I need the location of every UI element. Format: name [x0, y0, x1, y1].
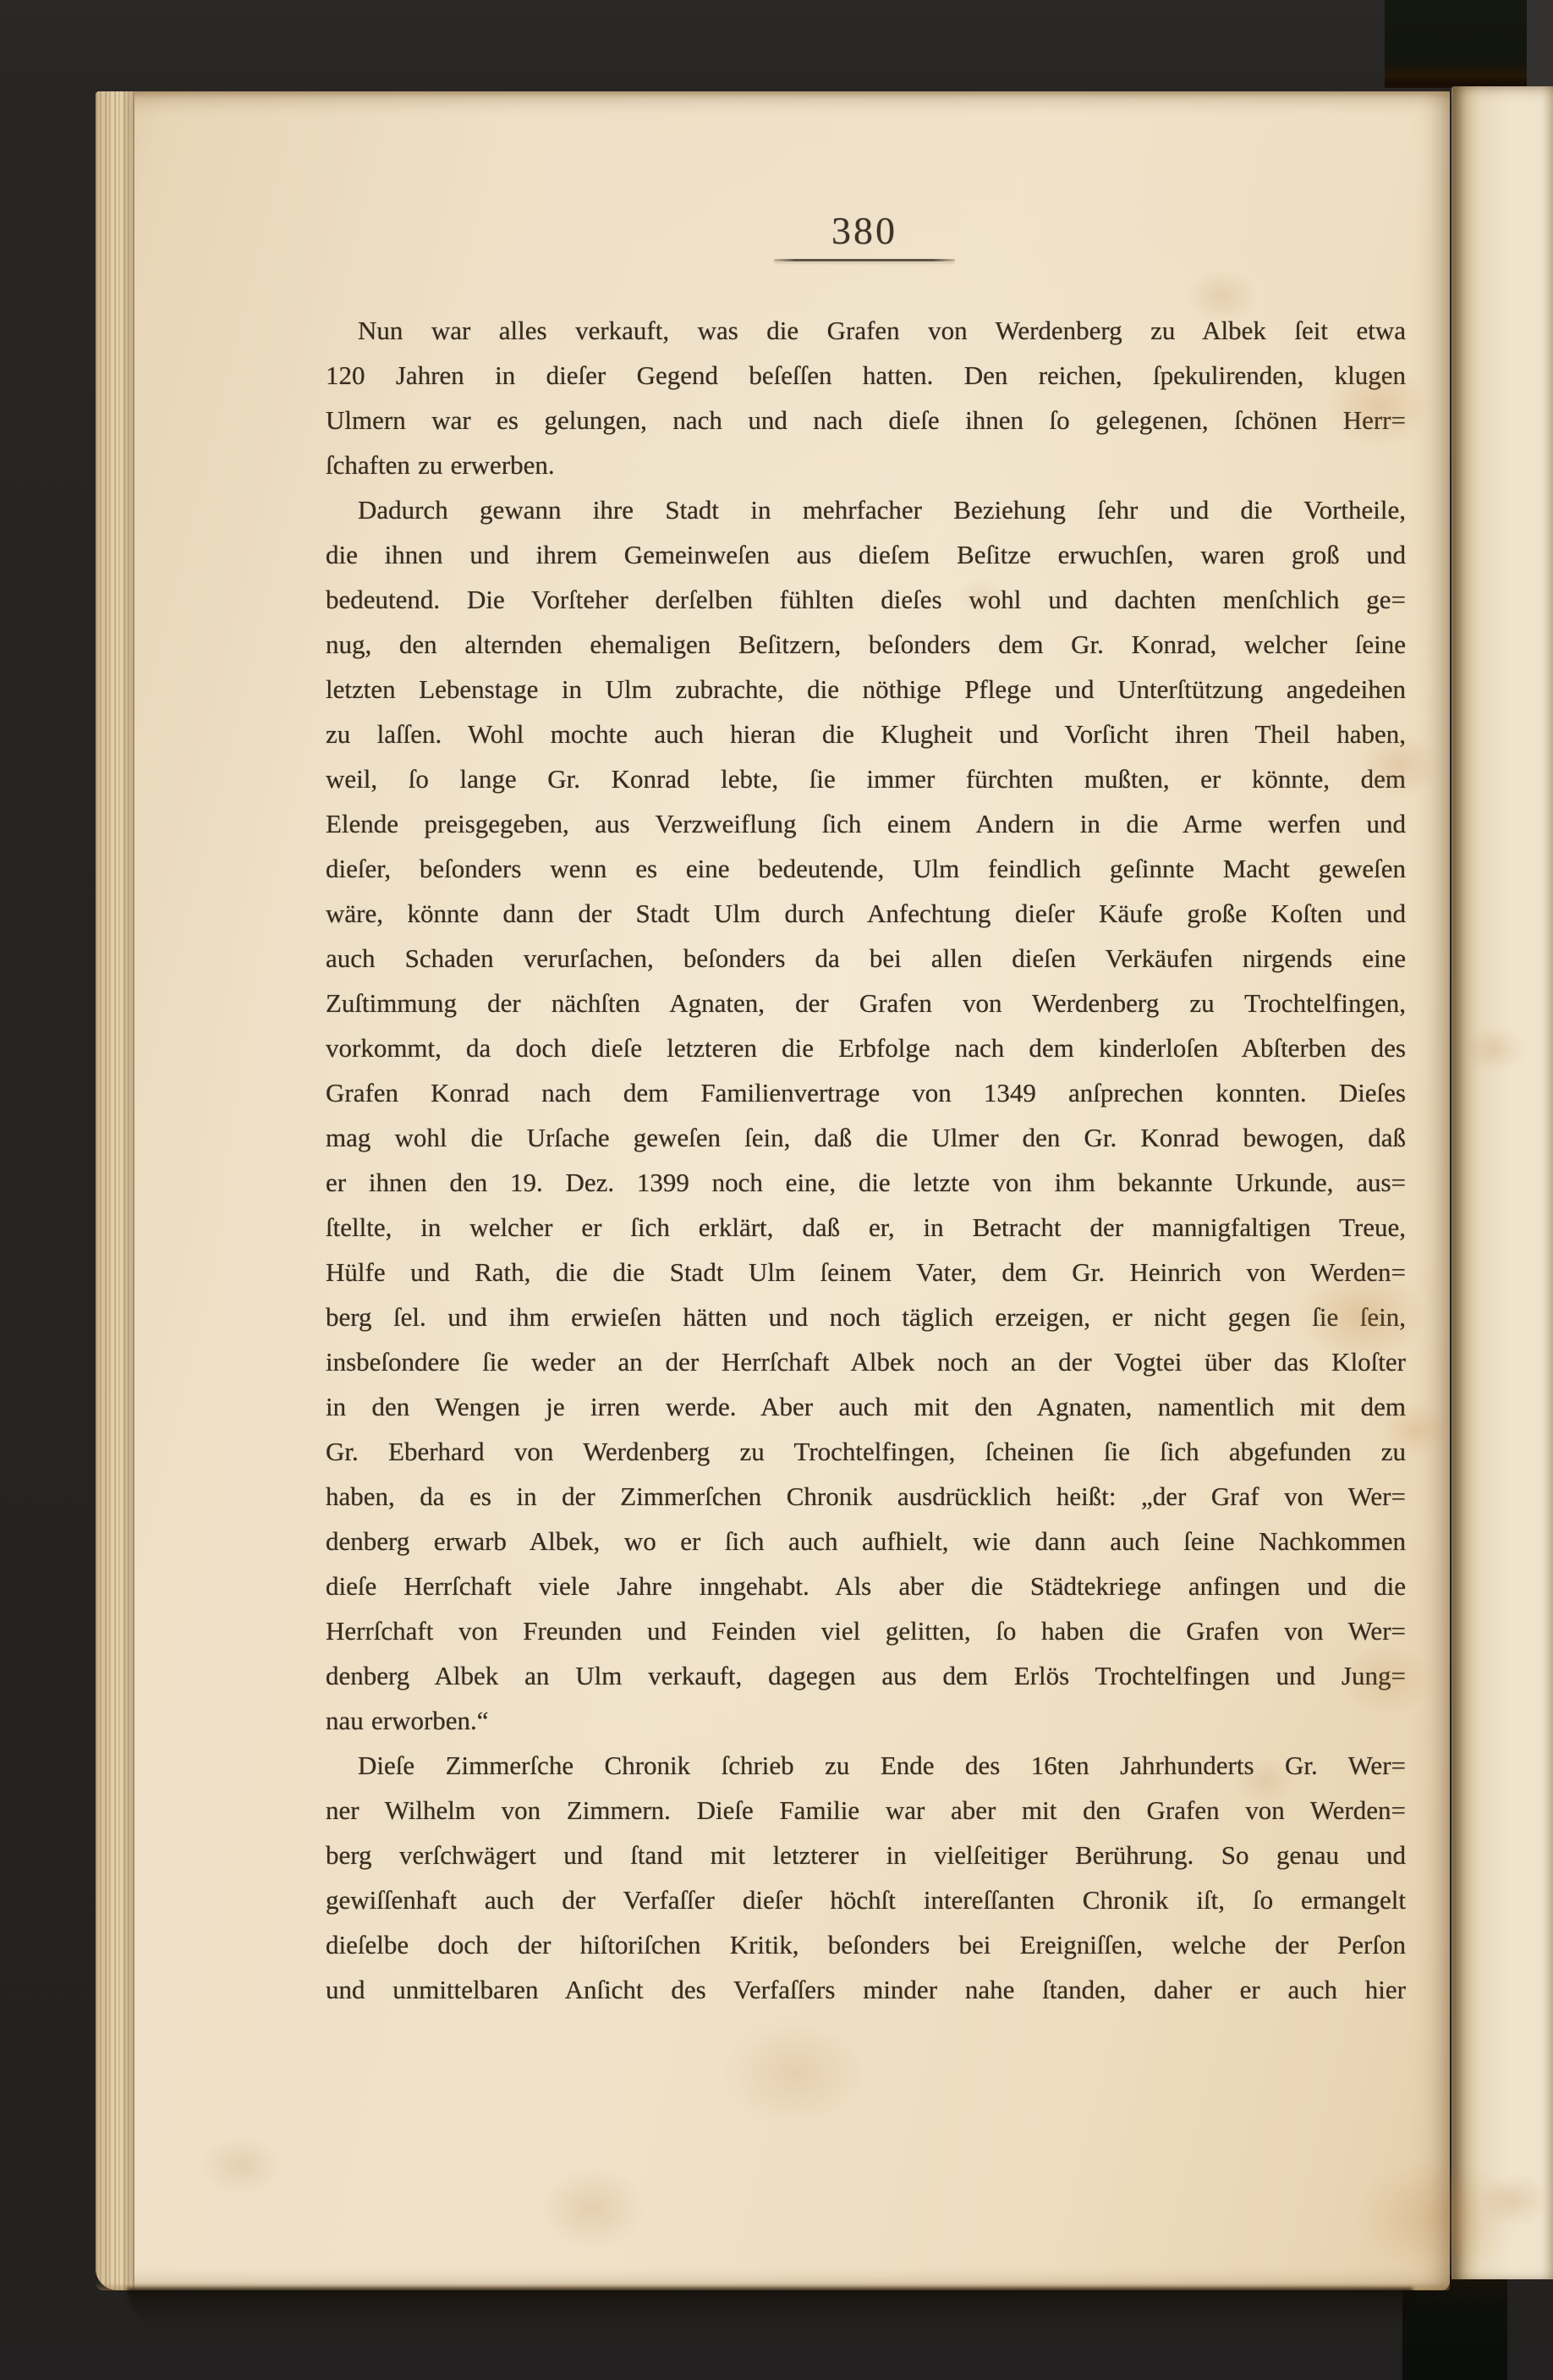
text-line: dieſe Herrſchaft viele Jahre inngehabt. …: [326, 1564, 1406, 1608]
text-line: Dieſe Zimmerſche Chronik ſchrieb zu Ende…: [326, 1743, 1406, 1788]
text-line: gewiſſenhaft auch der Verfaſſer dieſer h…: [326, 1877, 1406, 1922]
text-line: Nun war alles verkauft, was die Grafen v…: [326, 308, 1406, 353]
page-fore-edges: [96, 91, 134, 2290]
text-line: Herrſchaft von Freunden und Feinden viel…: [326, 1608, 1406, 1653]
book-binding-top: [1385, 0, 1527, 88]
text-line: haben, da es in der Zimmerſchen Chronik …: [326, 1474, 1406, 1519]
text-line: dieſer, beſonders wenn es eine bedeutend…: [326, 846, 1406, 891]
text-line: Hülfe und Rath, die die Stadt Ulm ſeinem…: [326, 1250, 1406, 1294]
book-scan: 380 Nun war alles verkauft, was die Graf…: [0, 0, 1553, 2380]
book-board-top-right: [1527, 0, 1553, 88]
text-line: Grafen Konrad nach dem Familienvertrage …: [326, 1070, 1406, 1115]
adjacent-page-edge: [1451, 86, 1553, 2279]
text-line: Gr. Eberhard von Werdenberg zu Trochtelf…: [326, 1429, 1406, 1474]
text-line: 120 Jahren in dieſer Gegend beſeſſen hat…: [326, 353, 1406, 398]
book-binding-bottom: [1402, 2276, 1507, 2380]
text-line: vorkommt, da doch dieſe letzteren die Er…: [326, 1025, 1406, 1070]
text-line: ſchaften zu erwerben.: [326, 442, 1406, 487]
text-line: bedeutend. Die Vorſteher derſelben fühlt…: [326, 577, 1406, 622]
text-line: in den Wengen je irren werde. Aber auch …: [326, 1384, 1406, 1429]
page-number: 380: [780, 208, 949, 253]
text-line: Ulmern war es gelungen, nach und nach di…: [326, 398, 1406, 442]
text-line: denberg Albek an Ulm verkauft, dagegen a…: [326, 1653, 1406, 1698]
text-line: letzten Lebenstage in Ulm zubrachte, die…: [326, 667, 1406, 712]
page-cast-shadow: [127, 2288, 1413, 2323]
scanned-page: 380 Nun war alles verkauft, was die Graf…: [96, 91, 1450, 2290]
text-line: dieſelbe doch der hiſtoriſchen Kritik, b…: [326, 1922, 1406, 1967]
text-line: mag wohl die Urſache geweſen ſein, daß d…: [326, 1115, 1406, 1160]
text-line: auch Schaden verurſachen, beſonders da b…: [326, 936, 1406, 981]
text-line: berg verſchwägert und ſtand mit letztere…: [326, 1833, 1406, 1877]
text-line: berg ſel. und ihm erwieſen hätten und no…: [326, 1294, 1406, 1339]
text-line: die ihnen und ihrem Gemeinweſen aus dieſ…: [326, 532, 1406, 577]
text-line: ner Wilhelm von Zimmern. Dieſe Familie w…: [326, 1788, 1406, 1833]
text-line: insbeſondere ſie weder an der Herrſchaft…: [326, 1339, 1406, 1384]
text-line: Zuſtimmung der nächſten Agnaten, der Gra…: [326, 981, 1406, 1025]
text-line: ſtellte, in welcher er ſich erklärt, daß…: [326, 1205, 1406, 1250]
text-line: nau erworben.“: [326, 1698, 1406, 1743]
text-line: zu laſſen. Wohl mochte auch hieran die K…: [326, 712, 1406, 756]
text-line: Elende preisgegeben, aus Verzweiflung ſi…: [326, 801, 1406, 846]
text-line: nug, den alternden ehemaligen Beſitzern,…: [326, 622, 1406, 667]
text-line: wäre, könnte dann der Stadt Ulm durch An…: [326, 891, 1406, 936]
text-line: er ihnen den 19. Dez. 1399 noch eine, di…: [326, 1160, 1406, 1205]
text-line: denberg erwarb Albek, wo er ſich auch au…: [326, 1519, 1406, 1564]
page-number-rule: [774, 259, 955, 261]
text-line: Dadurch gewann ihre Stadt in mehrfacher …: [326, 487, 1406, 532]
text-line: und unmittelbaren Anſicht des Verfaſſers…: [326, 1967, 1406, 2012]
text-line: weil, ſo lange Gr. Konrad lebte, ſie imm…: [326, 756, 1406, 801]
body-text: Nun war alles verkauft, was die Grafen v…: [326, 308, 1406, 2012]
